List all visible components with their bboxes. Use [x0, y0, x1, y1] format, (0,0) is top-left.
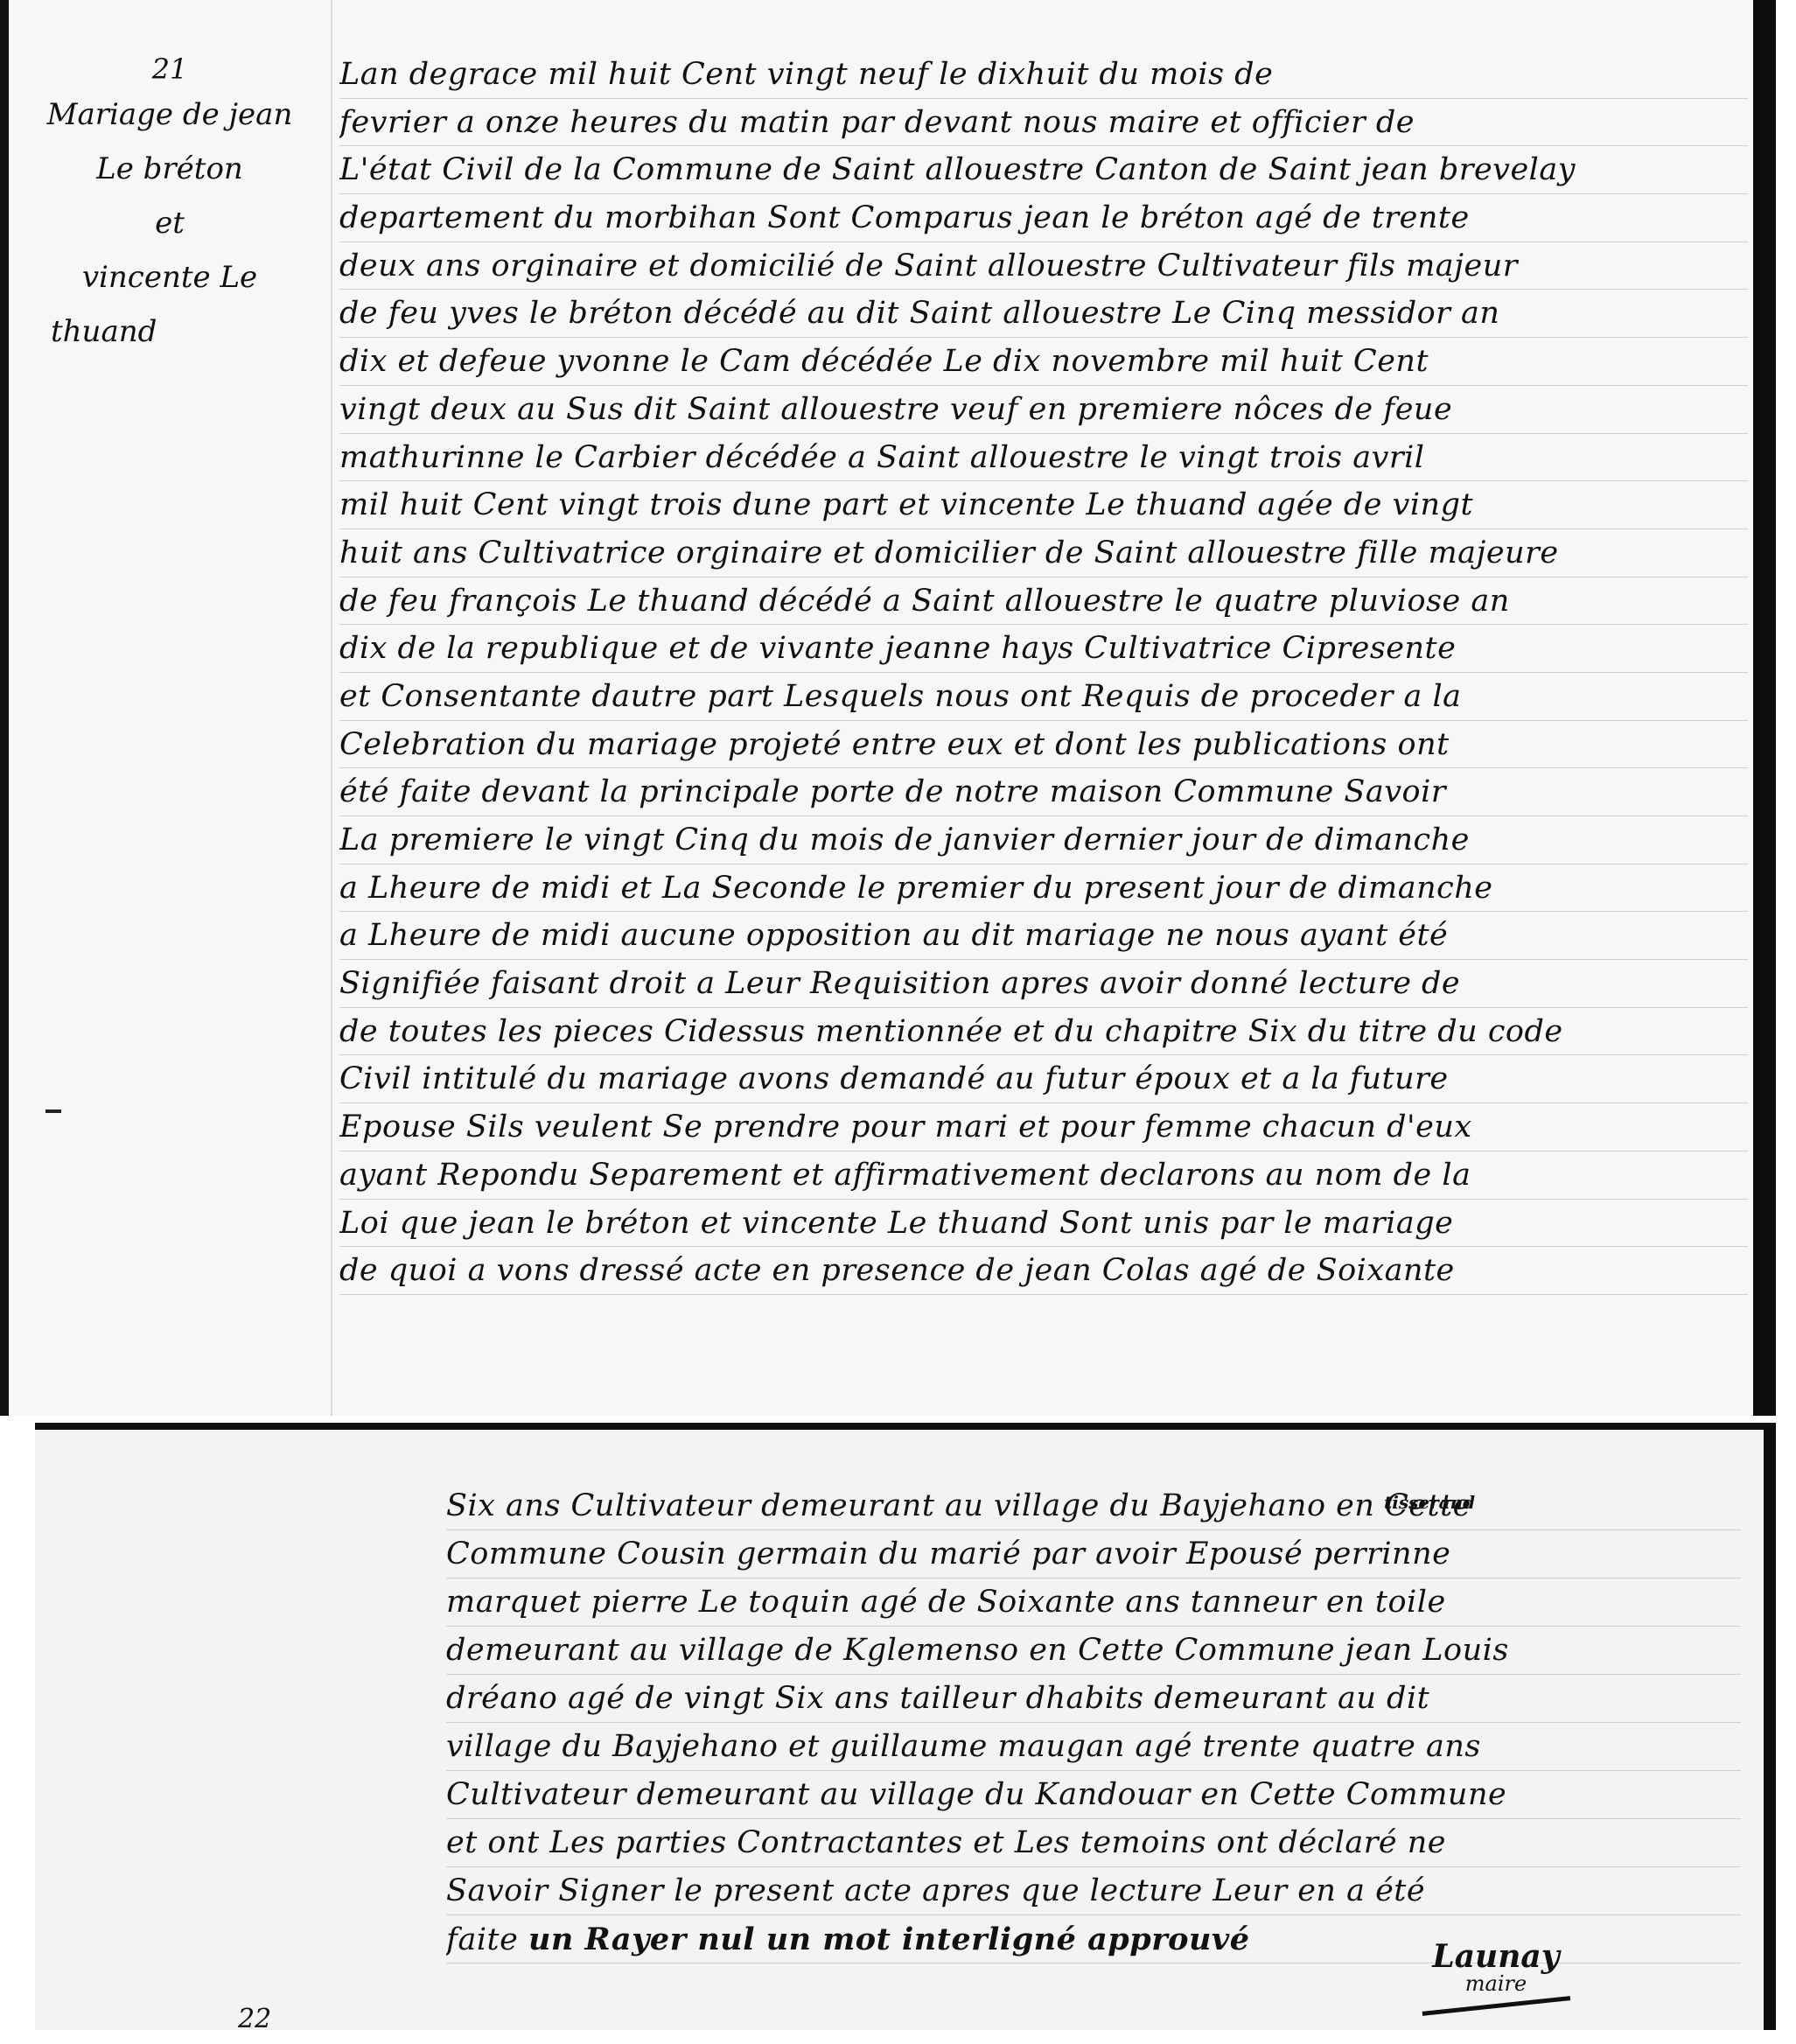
text-line: departement du morbihan Sont Comparus je… — [339, 194, 1748, 242]
text-line: Celebration du mariage projeté entre eux… — [339, 721, 1748, 769]
scan-separator — [0, 1416, 1796, 1423]
mayor-signature: Launay maire — [1417, 1941, 1575, 2008]
text-line: vingt deux au Sus dit Saint allouestre v… — [339, 386, 1748, 434]
text-line: a Lheure de midi aucune opposition au di… — [339, 912, 1748, 960]
text-line: de feu françois Le thuand décédé a Saint… — [339, 577, 1748, 626]
text-line: ayant Repondu Separement et affirmativem… — [339, 1151, 1748, 1200]
text-line: Savoir Signer le present acte apres que … — [446, 1867, 1741, 1915]
interlinear-insertion: tisserand — [1384, 1492, 1475, 1513]
margin-mark — [45, 1109, 61, 1113]
text-line: de quoi a vons dressé acte en presence d… — [339, 1247, 1748, 1295]
record-body-text: Lan degrace mil huit Cent vingt neuf le … — [339, 51, 1748, 1295]
text-line: Epouse Sils veulent Se prendre pour mari… — [339, 1103, 1748, 1151]
text-line: Six ans Cultivateur demeurant au village… — [446, 1482, 1741, 1530]
margin-note-line: Le bréton — [30, 142, 310, 196]
text-line: été faite devant la principale porte de … — [339, 768, 1748, 816]
text-line: et ont Les parties Contractantes et Les … — [446, 1819, 1741, 1867]
text-line: Loi que jean le bréton et vincente Le th… — [339, 1200, 1748, 1248]
margin-note-line: vincente Le — [30, 250, 310, 304]
closing-word: faite — [446, 1922, 518, 1957]
text-line: mil huit Cent vingt trois dune part et v… — [339, 481, 1748, 529]
text-line: dix de la republique et de vivante jeann… — [339, 625, 1748, 673]
text-line: mathurinne le Carbier décédée a Saint al… — [339, 434, 1748, 482]
text-line: huit ans Cultivatrice orginaire et domic… — [339, 529, 1748, 577]
text-line: village du Bayjehano et guillaume maugan… — [446, 1723, 1741, 1771]
margin-note-line: Mariage de jean — [30, 87, 310, 142]
text-line: L'état Civil de la Commune de Saint allo… — [339, 146, 1748, 194]
record-continuation-text: Six ans Cultivateur demeurant au village… — [446, 1482, 1741, 1963]
text-line: de feu yves le bréton décédé au dit Sain… — [339, 290, 1748, 338]
signature-name: Launay — [1417, 1941, 1575, 1972]
text-line: Civil intitulé du mariage avons demandé … — [339, 1055, 1748, 1103]
next-entry-number: 22 — [238, 2004, 271, 2034]
text-line: dix et defeue yvonne le Cam décédée Le d… — [339, 338, 1748, 386]
text-line: La premiere le vingt Cinq du mois de jan… — [339, 816, 1748, 864]
correction-approval-note: un Rayer nul un mot interligné approuvé — [528, 1921, 1250, 1957]
text-line: deux ans orginaire et domicilié de Saint… — [339, 242, 1748, 290]
text-line: a Lheure de midi et La Seconde le premie… — [339, 864, 1748, 913]
text-line: Lan degrace mil huit Cent vingt neuf le … — [339, 51, 1748, 99]
text-line: Signifiée faisant droit a Leur Requisiti… — [339, 960, 1748, 1008]
text-line: fevrier a onze heures du matin par devan… — [339, 99, 1748, 147]
text-line: et Consentante dautre part Lesquels nous… — [339, 673, 1748, 721]
margin-note: 21 Mariage de jean Le bréton et vincente… — [30, 56, 310, 359]
text-line: Commune Cousin germain du marié par avoi… — [446, 1530, 1741, 1578]
text-line: demeurant au village de Kglemenso en Cet… — [446, 1627, 1741, 1675]
margin-rule-line — [331, 0, 332, 1416]
margin-note-line: et — [30, 196, 310, 250]
text-line: Cultivateur demeurant au village du Kand… — [446, 1771, 1741, 1819]
next-entry-cropped-text — [507, 2012, 1732, 2044]
margin-note-line: thuand — [30, 304, 310, 359]
text-line: dréano agé de vingt Six ans tailleur dha… — [446, 1675, 1741, 1723]
text-line: marquet pierre Le toquin agé de Soixante… — [446, 1578, 1741, 1627]
top-page-scan: 21 Mariage de jean Le bréton et vincente… — [0, 0, 1776, 1416]
entry-number: 21 — [30, 56, 310, 82]
text-line: de toutes les pieces Cidessus mentionnée… — [339, 1008, 1748, 1056]
